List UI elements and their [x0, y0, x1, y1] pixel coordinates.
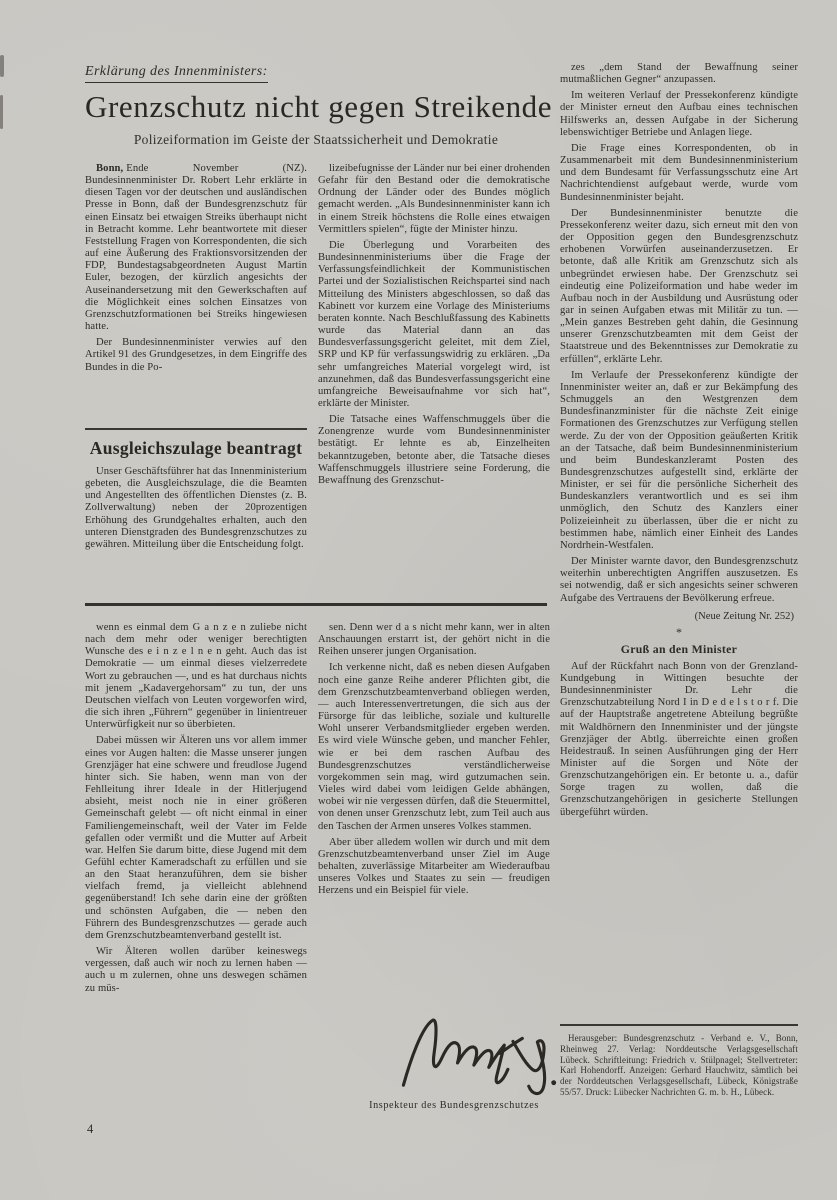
article-paragraph: Bonn,Ende November (NZ). Bundesinnenmini… [85, 163, 307, 333]
article-paragraph: Wir Älteren wollen darüber keineswegs ve… [85, 946, 307, 995]
article-paragraph: sen. Denn wer d a s nicht mehr kann, wer… [318, 622, 550, 658]
scan-artifact [0, 95, 3, 129]
section-rule [85, 428, 307, 430]
article-paragraph: Der Bundesinnenminister benutzte die Pre… [560, 208, 798, 366]
article-paragraph: lizeibefugnisse der Länder nur bei einer… [318, 163, 550, 236]
ausgleich-title: Ausgleichszulage beantragt [85, 438, 307, 459]
asterisk-divider: * [560, 625, 798, 640]
headline: Grenzschutz nicht gegen Streikende [85, 89, 547, 125]
article-paragraph: wenn es einmal dem G a n z e n zuliebe n… [85, 622, 307, 731]
main-article-column-2: lizeibefugnisse der Länder nur bei einer… [318, 163, 550, 603]
page-number: 4 [87, 1122, 93, 1137]
scan-artifact [0, 55, 4, 77]
article-paragraph: Der Bundesinnenminister verwies auf den … [85, 337, 307, 373]
gruss-title: Gruß an den Minister [560, 642, 798, 657]
imprint: Herausgeber: Bundesgrenzschutz - Verband… [560, 1033, 798, 1098]
matzky-signature [397, 1009, 570, 1103]
speech-column-1: wenn es einmal dem G a n z e n zuliebe n… [85, 622, 307, 1114]
signature-caption: Inspekteur des Bundesgrenzschutzes [344, 1100, 564, 1111]
article-paragraph: Die Frage eines Korrespondenten, ob in Z… [560, 143, 798, 204]
imprint-rule [560, 1024, 798, 1026]
article-paragraph: Aber über alledem wollen wir durch und m… [318, 837, 550, 898]
article-divider-rule [85, 603, 547, 606]
article-paragraph: zes „dem Stand der Bewaffnung seiner mut… [560, 62, 798, 86]
ausgleich-section: Ausgleichszulage beantragt Unser Geschäf… [85, 438, 307, 596]
article-paragraph: Dabei müssen wir Älteren uns vor allem i… [85, 735, 307, 942]
speech-column-2: sen. Denn wer d a s nicht mehr kann, wer… [318, 622, 550, 1022]
article-paragraph: Der Minister warnte davor, den Bundesgre… [560, 556, 798, 605]
article-paragraph: Im Verlaufe der Pressekonferenz kündigte… [560, 370, 798, 552]
signature-stroke-icon [397, 1009, 570, 1103]
source-credit: (Neue Zeitung Nr. 252) [560, 611, 794, 622]
article-paragraph: Im weiteren Verlauf der Pressekonferenz … [560, 90, 798, 139]
article-paragraph: Ich verkenne nicht, daß es neben diesen … [318, 662, 550, 832]
gruss-paragraph: Auf der Rückfahrt nach Bonn von der Gren… [560, 661, 798, 819]
article-paragraph: Die Überlegung und Vorarbeiten des Bunde… [318, 240, 550, 410]
article-header: Erklärung des Innenministers: Grenzschut… [85, 62, 547, 148]
subhead: Polizeiformation im Geiste der Staatssic… [85, 132, 547, 148]
ausgleich-paragraph: Unser Geschäftsführer hat das Innenminis… [85, 466, 307, 551]
main-article-column-3: zes „dem Stand der Bewaffnung seiner mut… [560, 62, 798, 1020]
article-paragraph: Die Tatsache eines Waffenschmuggels über… [318, 414, 550, 487]
newspaper-page: Erklärung des Innenministers: Grenzschut… [0, 0, 837, 1200]
dateline: Bonn, [96, 163, 123, 174]
main-article-column-1: Bonn,Ende November (NZ). Bundesinnenmini… [85, 163, 307, 421]
kicker: Erklärung des Innenministers: [85, 64, 268, 83]
